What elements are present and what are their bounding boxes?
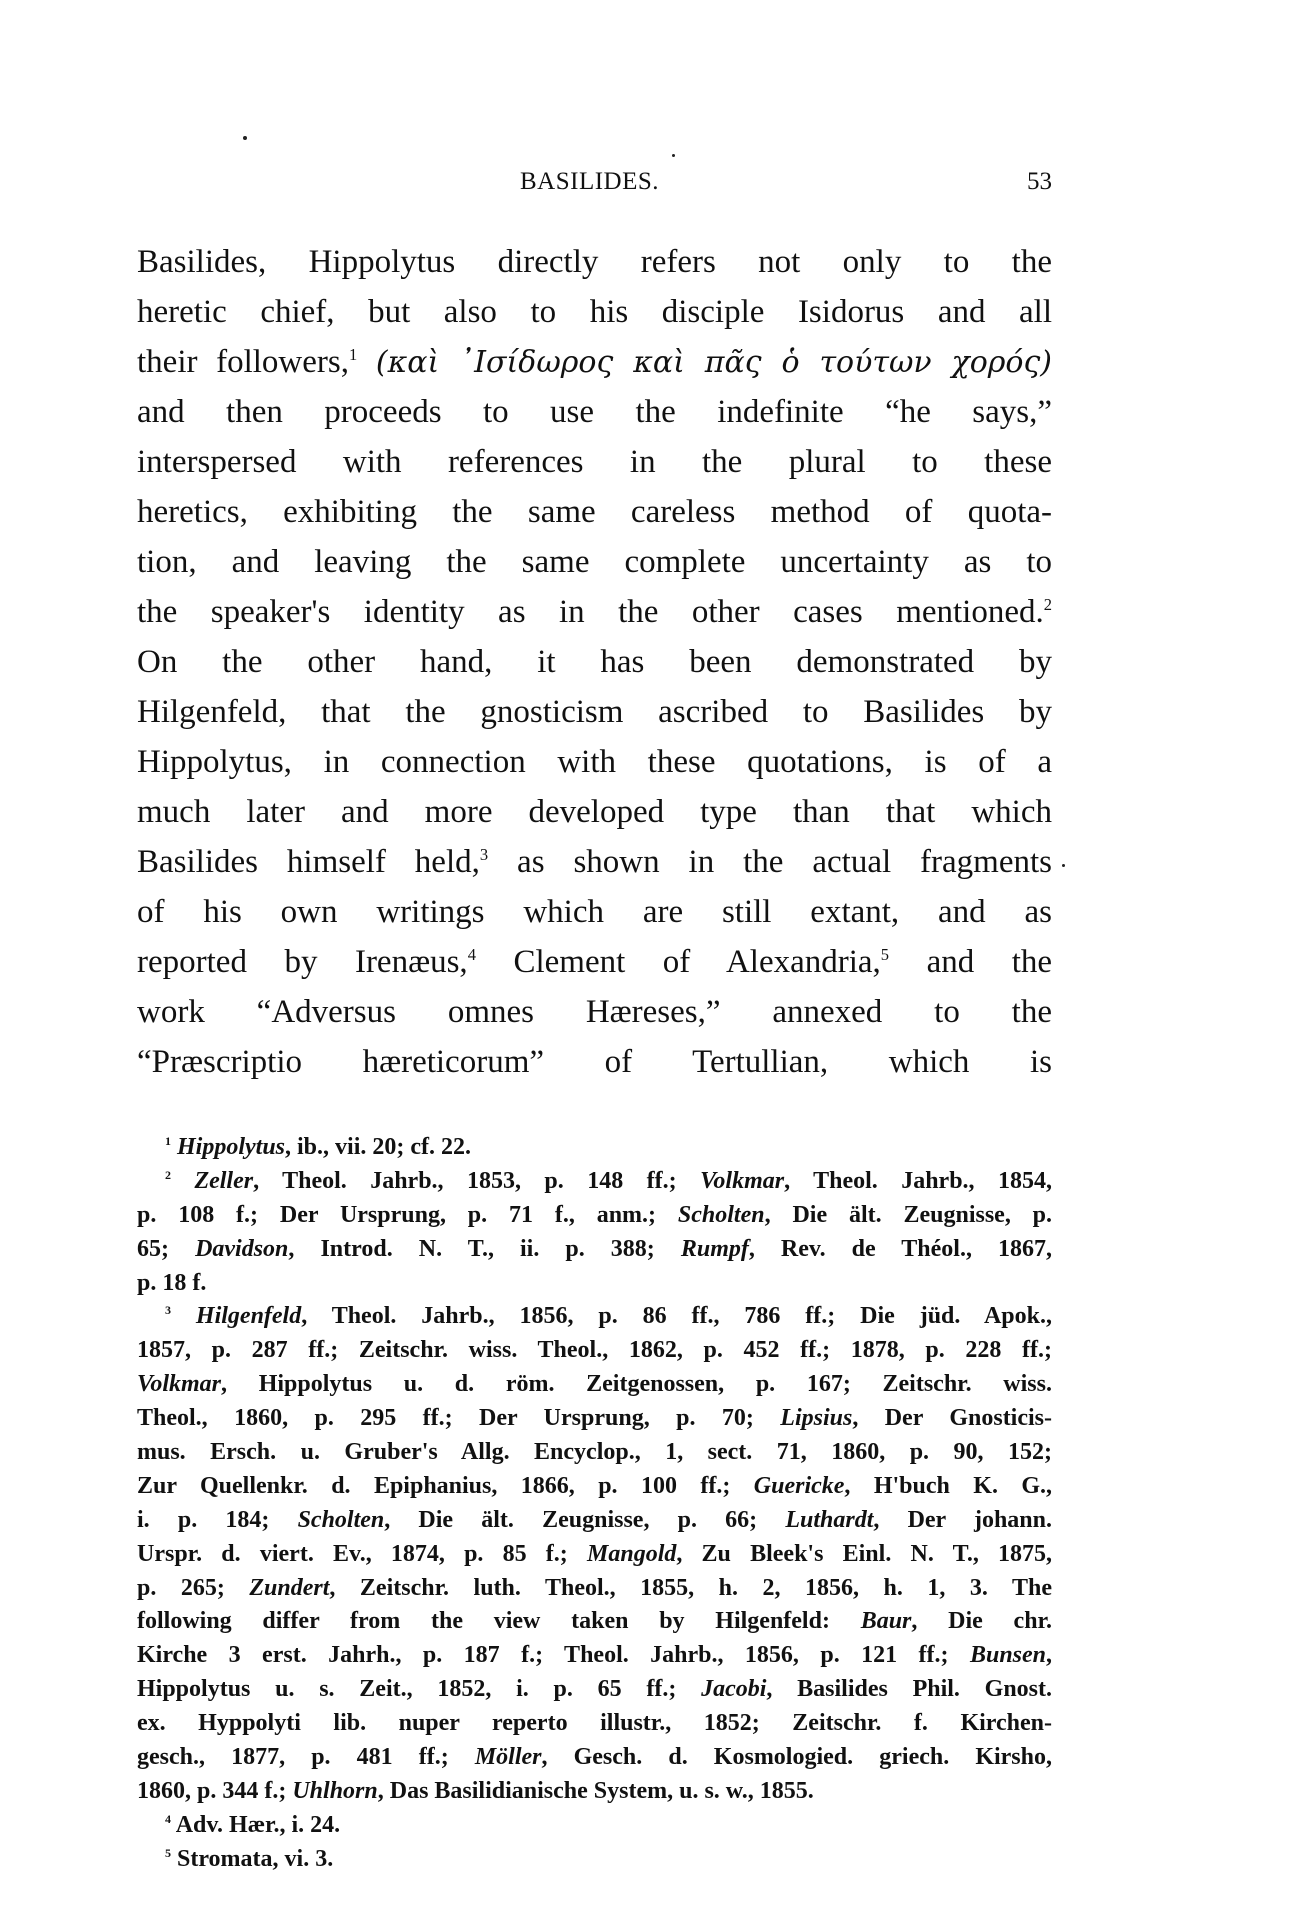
footnote-author: Davidson	[195, 1236, 288, 1262]
text-line: much later and more developed type than …	[137, 791, 1052, 841]
text-line: heretics, exhibiting the same careless m…	[137, 491, 1052, 541]
footnote-text: Stromata, vi. 3.	[177, 1846, 333, 1872]
footnote-text: , Theol. Jahrb., 1853, p. 148 ff.;	[253, 1168, 677, 1194]
footnote-author: Rumpf	[681, 1236, 749, 1262]
footnote-author: Hippolytus	[177, 1134, 285, 1160]
footnote-number: 5	[165, 1846, 171, 1860]
page-number: 53	[1027, 168, 1052, 196]
text-line: Hilgenfeld, that the gnosticism ascribed…	[137, 691, 1052, 741]
footnote-author: Scholten	[678, 1202, 765, 1228]
line-text: heretics, exhibiting the same careless m…	[137, 494, 1052, 530]
text-line: of his own writings which are still exta…	[137, 891, 1052, 941]
footnote-2-line: p. 108 f.; Der Ursprung, p. 71 f., anm.;…	[137, 1199, 1052, 1233]
running-title: BASILIDES.	[520, 168, 659, 196]
footnote-3-line: following differ from the view taken by …	[137, 1605, 1052, 1639]
footnote-text: Zur Quellenkr. d. Epiphanius, 1866, p. 1…	[137, 1473, 730, 1499]
footnote-3-line: 1860, p. 344 f.; Uhlhorn, Das Basilidian…	[137, 1775, 1052, 1809]
footnote-author: Uhlhorn	[292, 1778, 377, 1804]
footnote-text: , Die ält. Zeugnisse, p.	[765, 1202, 1052, 1228]
footnote-text: , Gesch. d. Kosmologied. griech. Kirsho,	[542, 1744, 1053, 1770]
footnote-text: , Der johann.	[873, 1507, 1052, 1533]
footnote-3-line: 1857, p. 287 ff.; Zeitschr. wiss. Theol.…	[137, 1334, 1052, 1368]
footnote-text: p. 18 f.	[137, 1270, 206, 1296]
footnote-text: i. p. 184;	[137, 1507, 269, 1533]
line-text: and then proceeds to use the indefinite …	[137, 394, 1052, 430]
text-line: heretic chief, but also to his disciple …	[137, 291, 1052, 341]
line-text: “Præscriptio hæreticorum” of Tertullian,…	[137, 1044, 1052, 1080]
footnote-author: Volkmar	[137, 1371, 221, 1397]
running-head: BASILIDES. 53	[137, 168, 1052, 208]
text-line: their followers,1 (καὶ ᾿Ισίδωρος καὶ πᾶς…	[137, 341, 1052, 391]
line-text: Hilgenfeld, that the gnosticism ascribed…	[137, 694, 1052, 730]
footnote-text: Urspr. d. viert. Ev., 1874, p. 85 f.;	[137, 1541, 568, 1567]
footnote-text: , Zu Bleek's Einl. N. T., 1875,	[676, 1541, 1052, 1567]
footnote-ref-4[interactable]: 4	[468, 945, 476, 964]
footnote-number: 3	[165, 1303, 171, 1317]
footnote-text: , Rev. de Théol., 1867,	[749, 1236, 1052, 1262]
footnote-5: 5 Stromata, vi. 3.	[137, 1843, 1052, 1877]
footnote-3-line: Volkmar, Hippolytus u. d. röm. Zeitgenos…	[137, 1368, 1052, 1402]
footnote-author: Guericke	[754, 1473, 845, 1499]
line-text: interspersed with references in the plur…	[137, 444, 1052, 480]
footnote-text: mus. Ersch. u. Gruber's Allg. Encyclop.,…	[137, 1439, 1052, 1465]
footnotes: 1 Hippolytus, ib., vii. 20; cf. 22. 2 Ze…	[137, 1131, 1052, 1877]
footnote-text: , Die chr.	[911, 1608, 1052, 1634]
line-text: heretic chief, but also to his disciple …	[137, 294, 1052, 330]
footnote-3-line: Kirche 3 erst. Jahrh., p. 187 f.; Theol.…	[137, 1639, 1052, 1673]
footnote-3-line: Hippolytus u. s. Zeit., 1852, i. p. 65 f…	[137, 1673, 1052, 1707]
footnote-text: , Zeitschr. luth. Theol., 1855, h. 2, 18…	[329, 1575, 1052, 1601]
print-speck	[672, 154, 675, 157]
footnote-text: Hippolytus u. s. Zeit., 1852, i. p. 65 f…	[137, 1676, 676, 1702]
body-text: Basilides, Hippolytus directly refers no…	[137, 241, 1052, 1091]
greek-quote: (καὶ ᾿Ισίδωρος καὶ πᾶς ὁ τούτων χορός)	[376, 345, 1052, 380]
footnote-author: Lipsius	[780, 1405, 852, 1431]
text-line: Basilides himself held,3 as shown in the…	[137, 841, 1052, 891]
line-text: Basilides, Hippolytus directly refers no…	[137, 244, 1052, 280]
footnote-2-line: 65; Davidson, Introd. N. T., ii. p. 388;…	[137, 1233, 1052, 1267]
text-line: and then proceeds to use the indefinite …	[137, 391, 1052, 441]
footnote-text: , Die ält. Zeugnisse, p. 66;	[384, 1507, 757, 1533]
text-line: On the other hand, it has been demonstra…	[137, 641, 1052, 691]
footnote-1: 1 Hippolytus, ib., vii. 20; cf. 22.	[137, 1131, 1052, 1165]
footnote-text: , Basilides Phil. Gnost.	[766, 1676, 1052, 1702]
text-line: Basilides, Hippolytus directly refers no…	[137, 241, 1052, 291]
line-text: tion, and leaving the same complete unce…	[137, 544, 1052, 580]
footnote-2: 2 Zeller, Theol. Jahrb., 1853, p. 148 ff…	[137, 1165, 1052, 1199]
footnote-text: p. 108 f.; Der Ursprung, p. 71 f., anm.;	[137, 1202, 656, 1228]
footnote-text: 65;	[137, 1236, 169, 1262]
footnote-number: 2	[165, 1168, 171, 1182]
footnote-text: , Das Basilidianische System, u. s. w., …	[378, 1778, 814, 1804]
footnote-author: Scholten	[298, 1507, 385, 1533]
footnote-text: following differ from the view taken by …	[137, 1608, 830, 1634]
footnote-text: Kirche 3 erst. Jahrh., p. 187 f.; Theol.…	[137, 1642, 949, 1668]
footnote-ref-2[interactable]: 2	[1044, 595, 1052, 614]
line-text: their followers,	[137, 344, 349, 380]
footnote-ref-1[interactable]: 1	[349, 345, 357, 364]
footnote-3-line: mus. Ersch. u. Gruber's Allg. Encyclop.,…	[137, 1436, 1052, 1470]
line-text: and the	[927, 944, 1052, 980]
line-text: Basilides himself held,	[137, 844, 480, 880]
footnote-author: Zundert	[249, 1575, 329, 1601]
footnote-author: Hilgenfeld	[196, 1303, 301, 1329]
line-text: as shown in the actual fragments	[517, 844, 1052, 880]
print-speck	[1062, 864, 1065, 867]
text-line: Hippolytus, in connection with these quo…	[137, 741, 1052, 791]
footnote-author: Mangold	[587, 1541, 676, 1567]
text-line: work “Adversus omnes Hæreses,” annexed t…	[137, 991, 1052, 1041]
footnote-author: Baur	[861, 1608, 912, 1634]
footnote-ref-5[interactable]: 5	[881, 945, 889, 964]
footnote-4: 4 Adv. Hær., i. 24.	[137, 1809, 1052, 1843]
line-text: Clement of Alexandria,	[513, 944, 880, 980]
line-text: the speaker's identity as in the other c…	[137, 594, 1044, 630]
footnote-text: , Der Gnosticis-	[852, 1405, 1052, 1431]
footnote-text: gesch., 1877, p. 481 ff.;	[137, 1744, 449, 1770]
line-text: On the other hand, it has been demonstra…	[137, 644, 1052, 680]
footnote-text: , Theol. Jahrb., 1856, p. 86 ff., 786 ff…	[301, 1303, 1052, 1329]
footnote-author: Volkmar	[700, 1168, 784, 1194]
footnote-ref-3[interactable]: 3	[480, 845, 488, 864]
footnote-text: , H'buch K. G.,	[844, 1473, 1052, 1499]
footnote-number: 4	[165, 1812, 171, 1826]
footnote-author: Möller	[475, 1744, 542, 1770]
footnote-author: Bunsen	[970, 1642, 1046, 1668]
footnote-text: ex. Hyppolyti lib. nuper reperto illustr…	[137, 1710, 1052, 1736]
footnote-text: ,	[1046, 1642, 1052, 1668]
footnote-text: 1857, p. 287 ff.; Zeitschr. wiss. Theol.…	[137, 1337, 1052, 1363]
footnote-number: 1	[165, 1134, 171, 1148]
line-text: work “Adversus omnes Hæreses,” annexed t…	[137, 994, 1052, 1030]
text-line: interspersed with references in the plur…	[137, 441, 1052, 491]
line-text: reported by Irenæus,	[137, 944, 468, 980]
footnote-text: Theol., 1860, p. 295 ff.; Der Ursprung, …	[137, 1405, 754, 1431]
footnote-3-line: Theol., 1860, p. 295 ff.; Der Ursprung, …	[137, 1402, 1052, 1436]
footnote-text: p. 265;	[137, 1575, 225, 1601]
text-line: “Præscriptio hæreticorum” of Tertullian,…	[137, 1041, 1052, 1091]
footnote-text: Adv. Hær., i. 24.	[176, 1812, 340, 1838]
footnote-author: Zeller	[194, 1168, 253, 1194]
footnote-3-line: i. p. 184; Scholten, Die ält. Zeugnisse,…	[137, 1504, 1052, 1538]
print-speck	[243, 136, 247, 140]
footnote-text: , ib., vii. 20; cf. 22.	[285, 1134, 471, 1160]
text-line: the speaker's identity as in the other c…	[137, 591, 1052, 641]
footnote-author: Jacobi	[701, 1676, 766, 1702]
line-text: Hippolytus, in connection with these quo…	[137, 744, 1052, 780]
text-line: tion, and leaving the same complete unce…	[137, 541, 1052, 591]
footnote-3: 3 Hilgenfeld, Theol. Jahrb., 1856, p. 86…	[137, 1300, 1052, 1334]
footnote-2-line: p. 18 f.	[137, 1267, 1052, 1301]
footnote-3-line: ex. Hyppolyti lib. nuper reperto illustr…	[137, 1707, 1052, 1741]
line-text: much later and more developed type than …	[137, 794, 1052, 830]
footnote-3-line: Urspr. d. viert. Ev., 1874, p. 85 f.; Ma…	[137, 1538, 1052, 1572]
footnote-3-line: Zur Quellenkr. d. Epiphanius, 1866, p. 1…	[137, 1470, 1052, 1504]
line-text: of his own writings which are still exta…	[137, 894, 1052, 930]
footnote-3-line: gesch., 1877, p. 481 ff.; Möller, Gesch.…	[137, 1741, 1052, 1775]
footnote-text: , Introd. N. T., ii. p. 388;	[288, 1236, 654, 1262]
footnote-text: , Theol. Jahrb., 1854,	[784, 1168, 1052, 1194]
footnote-3-line: p. 265; Zundert, Zeitschr. luth. Theol.,…	[137, 1572, 1052, 1606]
footnote-text: , Hippolytus u. d. röm. Zeitgenossen, p.…	[221, 1371, 1052, 1397]
text-line: reported by Irenæus,4 Clement of Alexand…	[137, 941, 1052, 991]
footnote-text: 1860, p. 344 f.;	[137, 1778, 286, 1804]
footnote-author: Luthardt	[785, 1507, 873, 1533]
